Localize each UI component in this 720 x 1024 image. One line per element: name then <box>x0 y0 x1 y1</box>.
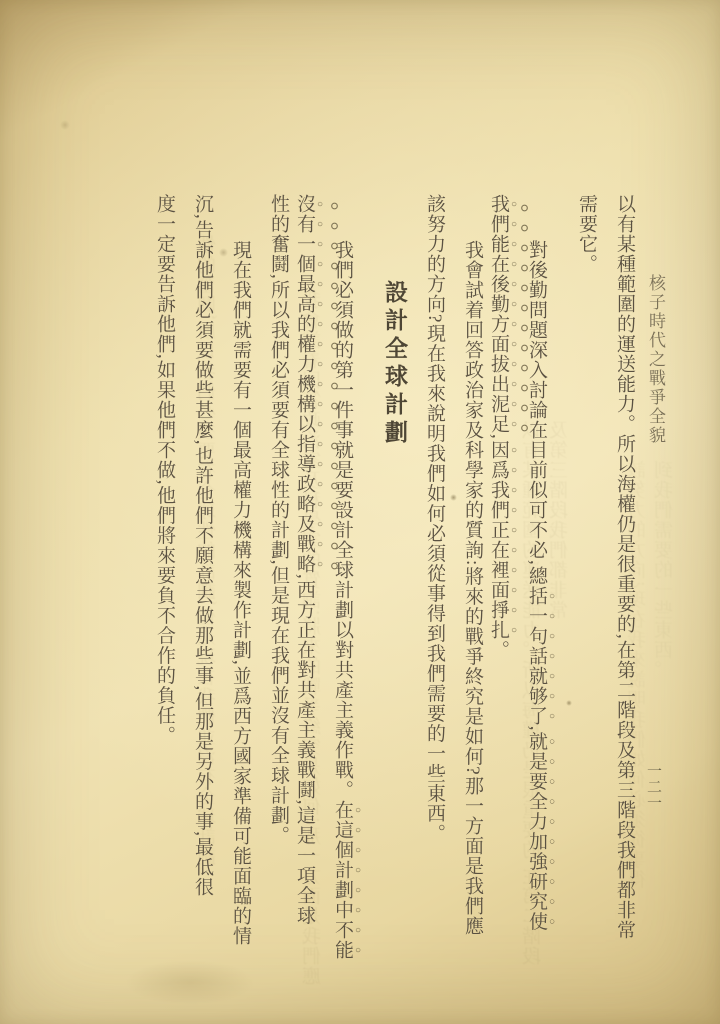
column-segment: 性的奮鬪,所以我們必須要有全球性的計劃,但是現在我們並沒有全球計劃。 <box>268 194 289 846</box>
running-title: 核子時代之戰爭全貌 <box>643 274 668 445</box>
text-column: 度一定要告訴他們,如果他們不做,他們將來要負不合作的負任。 <box>136 194 174 974</box>
paper-speck <box>60 120 70 130</box>
text-column: 沉,告訴他們必須要做些甚麼,也許他們不願意去做那些事,但那是另外的事,最低很 <box>174 194 212 974</box>
column-segment-double-emphasis: 沒有一個最高的權力機構以指導政略及戰略 <box>294 194 315 574</box>
column-segment-emphasis: 括一句話就够了 <box>526 586 547 726</box>
text-column: 我會試着回答政治家及科學家的質詢:將來的戰爭終究是如何?那一方面是我們應 <box>444 194 482 974</box>
column-segment-emphasis: 就是要全力加強研究使 <box>526 732 547 932</box>
text-column: 該努力的方向?現在我來說明我們如何必須從事得到我們需要的一些東西。 <box>406 194 444 974</box>
text-column: 我們能在後勤方面拔出泥足,因爲我們正在裡面掙扎。 <box>482 194 520 974</box>
column-segment: 對後勤問題深入討論在目前似可不必,總 <box>526 240 547 586</box>
column-segment-double-emphasis: 我們能在後勤方面拔出泥足 <box>488 194 509 434</box>
column-segment: 度一定要告訴他們,如果他們不做,他們將來要負不合作的負任。 <box>154 194 175 746</box>
double-emphasis-strip <box>330 196 339 578</box>
text-block: 以有某種範圍的運送能力。所以海權仍是很重要的,在第二階段及第三階段我們都非常 需… <box>136 194 634 974</box>
double-emphasis-strip <box>520 198 529 438</box>
column-segment: ,西方正在對共產主義戰鬪,這是一項全球 <box>294 574 315 926</box>
text-column: 沒有一個最高的權力機構以指導政略及戰略,西方正在對共產主義戰鬪,這是一項全球 <box>288 194 326 974</box>
column-segment: 需要它。 <box>576 194 597 274</box>
column-segment: 該努力的方向?現在我來說明我們如何必須從事得到我們需要的一些東西。 <box>424 194 445 843</box>
column-segment: 以有某種範圍的運送能力。所以海權仍是很重要的,在第二階段及第三階段我們都非常 <box>614 194 635 940</box>
page-number: 一二一 <box>643 763 664 811</box>
column-segment: 現在我們就需要有一個最高權力機構來製作計劃,並爲西方國家準備可能面臨的情 <box>230 240 251 946</box>
text-column: 以有某種範圍的運送能力。所以海權仍是很重要的,在第二階段及第三階段我們都非常 <box>596 194 634 974</box>
column-segment: 我會試着回答政治家及科學家的質詢:將來的戰爭終究是如何?那一方面是我們應 <box>462 240 483 936</box>
column-segment-emphasis: 因爲我們正在裡面掙扎 <box>488 440 509 640</box>
text-column: 性的奮鬪,所以我們必須要有全球性的計劃,但是現在我們並沒有全球計劃。 <box>250 194 288 974</box>
section-heading: 設計全球計劃 <box>364 194 406 974</box>
column-segment: 沉,告訴他們必須要做些甚麼,也許他們不願意去做那些事,但那是另外的事,最低很 <box>192 194 213 897</box>
column-segment-emphasis: 在這個計劃中不能 <box>332 800 353 960</box>
page-scan: 性的奮鬪,所以我們必須要有全球性的計劃,但是現在我們並沒有全球計劃。 我會試着回… <box>0 0 720 1024</box>
text-column: 需要它。 <box>558 194 596 974</box>
text-column: 現在我們就需要有一個最高權力機構來製作計劃,並爲西方國家準備可能面臨的情 <box>212 194 250 974</box>
column-segment: 。 <box>488 640 509 660</box>
